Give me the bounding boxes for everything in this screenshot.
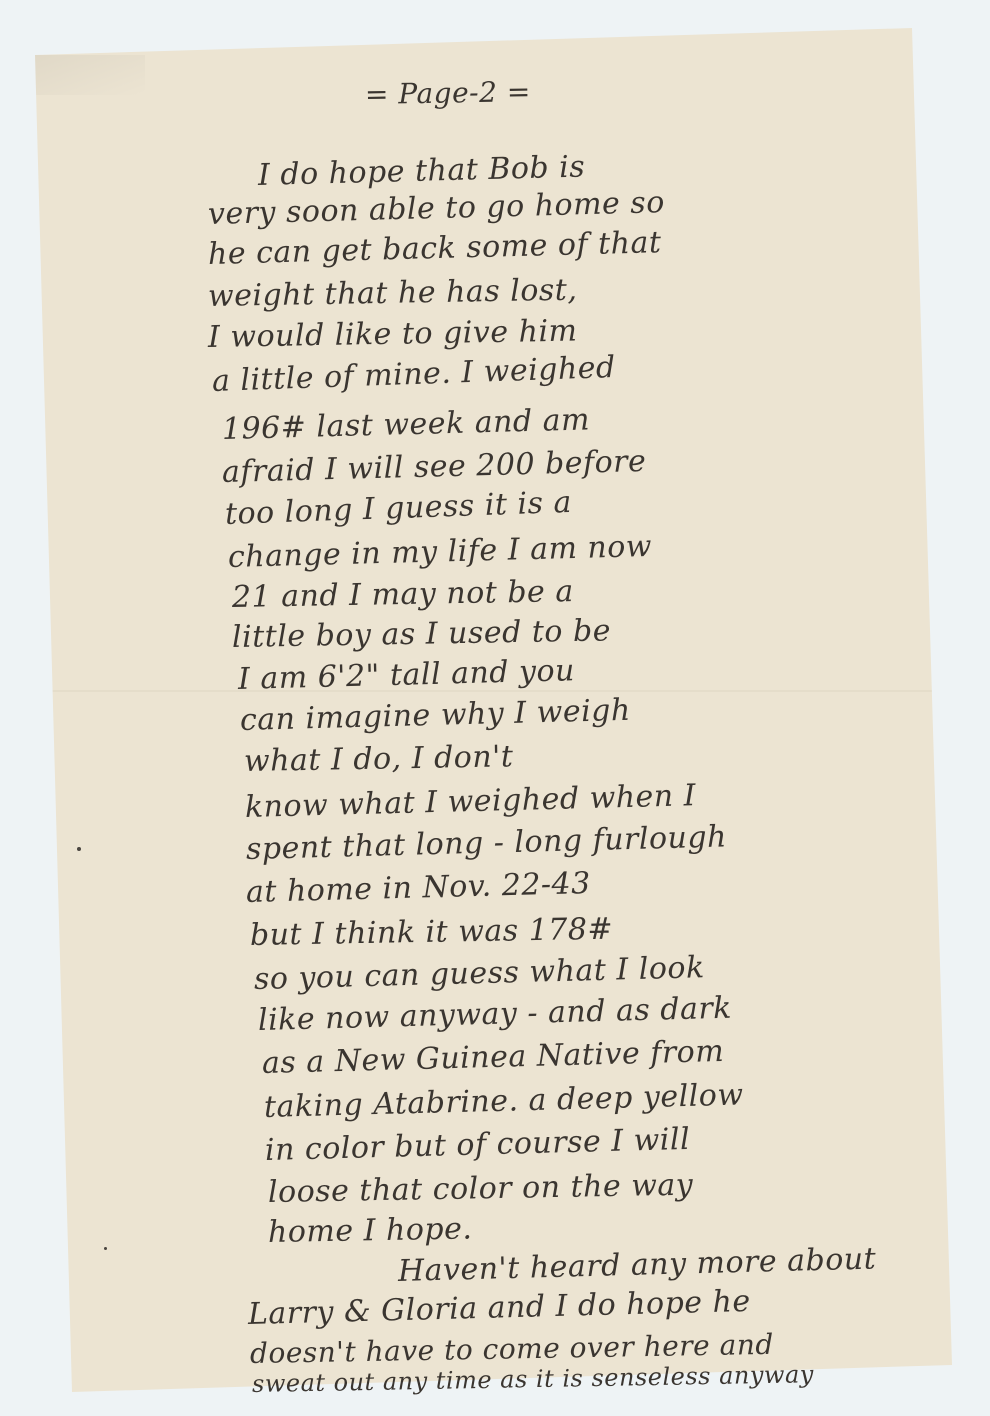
letter-line: in color but of course I will xyxy=(265,1122,691,1168)
letter-line: can imagine why I weigh xyxy=(240,693,632,738)
letter-line: but I think it was 178# xyxy=(250,912,614,953)
letter-line: I do hope that Bob is xyxy=(258,149,586,193)
letter-line: weight that he has lost, xyxy=(208,273,578,314)
letter-line: 196# last week and am xyxy=(222,402,591,447)
letter-line: so you can guess what I look xyxy=(254,950,706,997)
letter-line: know what I weighed when I xyxy=(245,778,697,825)
letter-line: afraid I will see 200 before xyxy=(222,444,647,490)
letter-line: taking Atabrine. a deep yellow xyxy=(264,1077,744,1125)
letter-line: Haven't heard any more about xyxy=(398,1241,877,1289)
letter-line: Larry & Gloria and I do hope he xyxy=(248,1284,752,1332)
letter-line: at home in Nov. 22-43 xyxy=(246,866,592,910)
letter-line: little boy as I used to be xyxy=(232,613,612,655)
letter-line: what I do, I don't xyxy=(244,739,514,779)
letter-line: I would like to give him xyxy=(208,314,578,355)
letter-line: spent that long - long furlough xyxy=(246,819,728,867)
ink-speck xyxy=(104,1247,107,1250)
letter-line: like now anyway - and as dark xyxy=(258,991,733,1038)
page-header: = Page-2 = xyxy=(365,75,531,111)
letter-line: loose that color on the way xyxy=(268,1168,694,1210)
letter-line: as a New Guinea Native from xyxy=(262,1034,725,1081)
letter-line: I am 6'2" tall and you xyxy=(238,653,576,697)
ink-speck xyxy=(77,847,81,851)
letter-body: = Page-2 = I do hope that Bob is very so… xyxy=(0,0,990,1416)
letter-line: 21 and I may not be a xyxy=(232,574,574,615)
letter-line: change in my life I am now xyxy=(228,529,653,575)
letter-line: he can get back some of that xyxy=(208,225,662,272)
letter-line: too long I guess it is a xyxy=(224,485,572,532)
letter-line: home I hope. xyxy=(268,1211,473,1250)
letter-line: a little of mine. I weighed xyxy=(211,350,616,399)
